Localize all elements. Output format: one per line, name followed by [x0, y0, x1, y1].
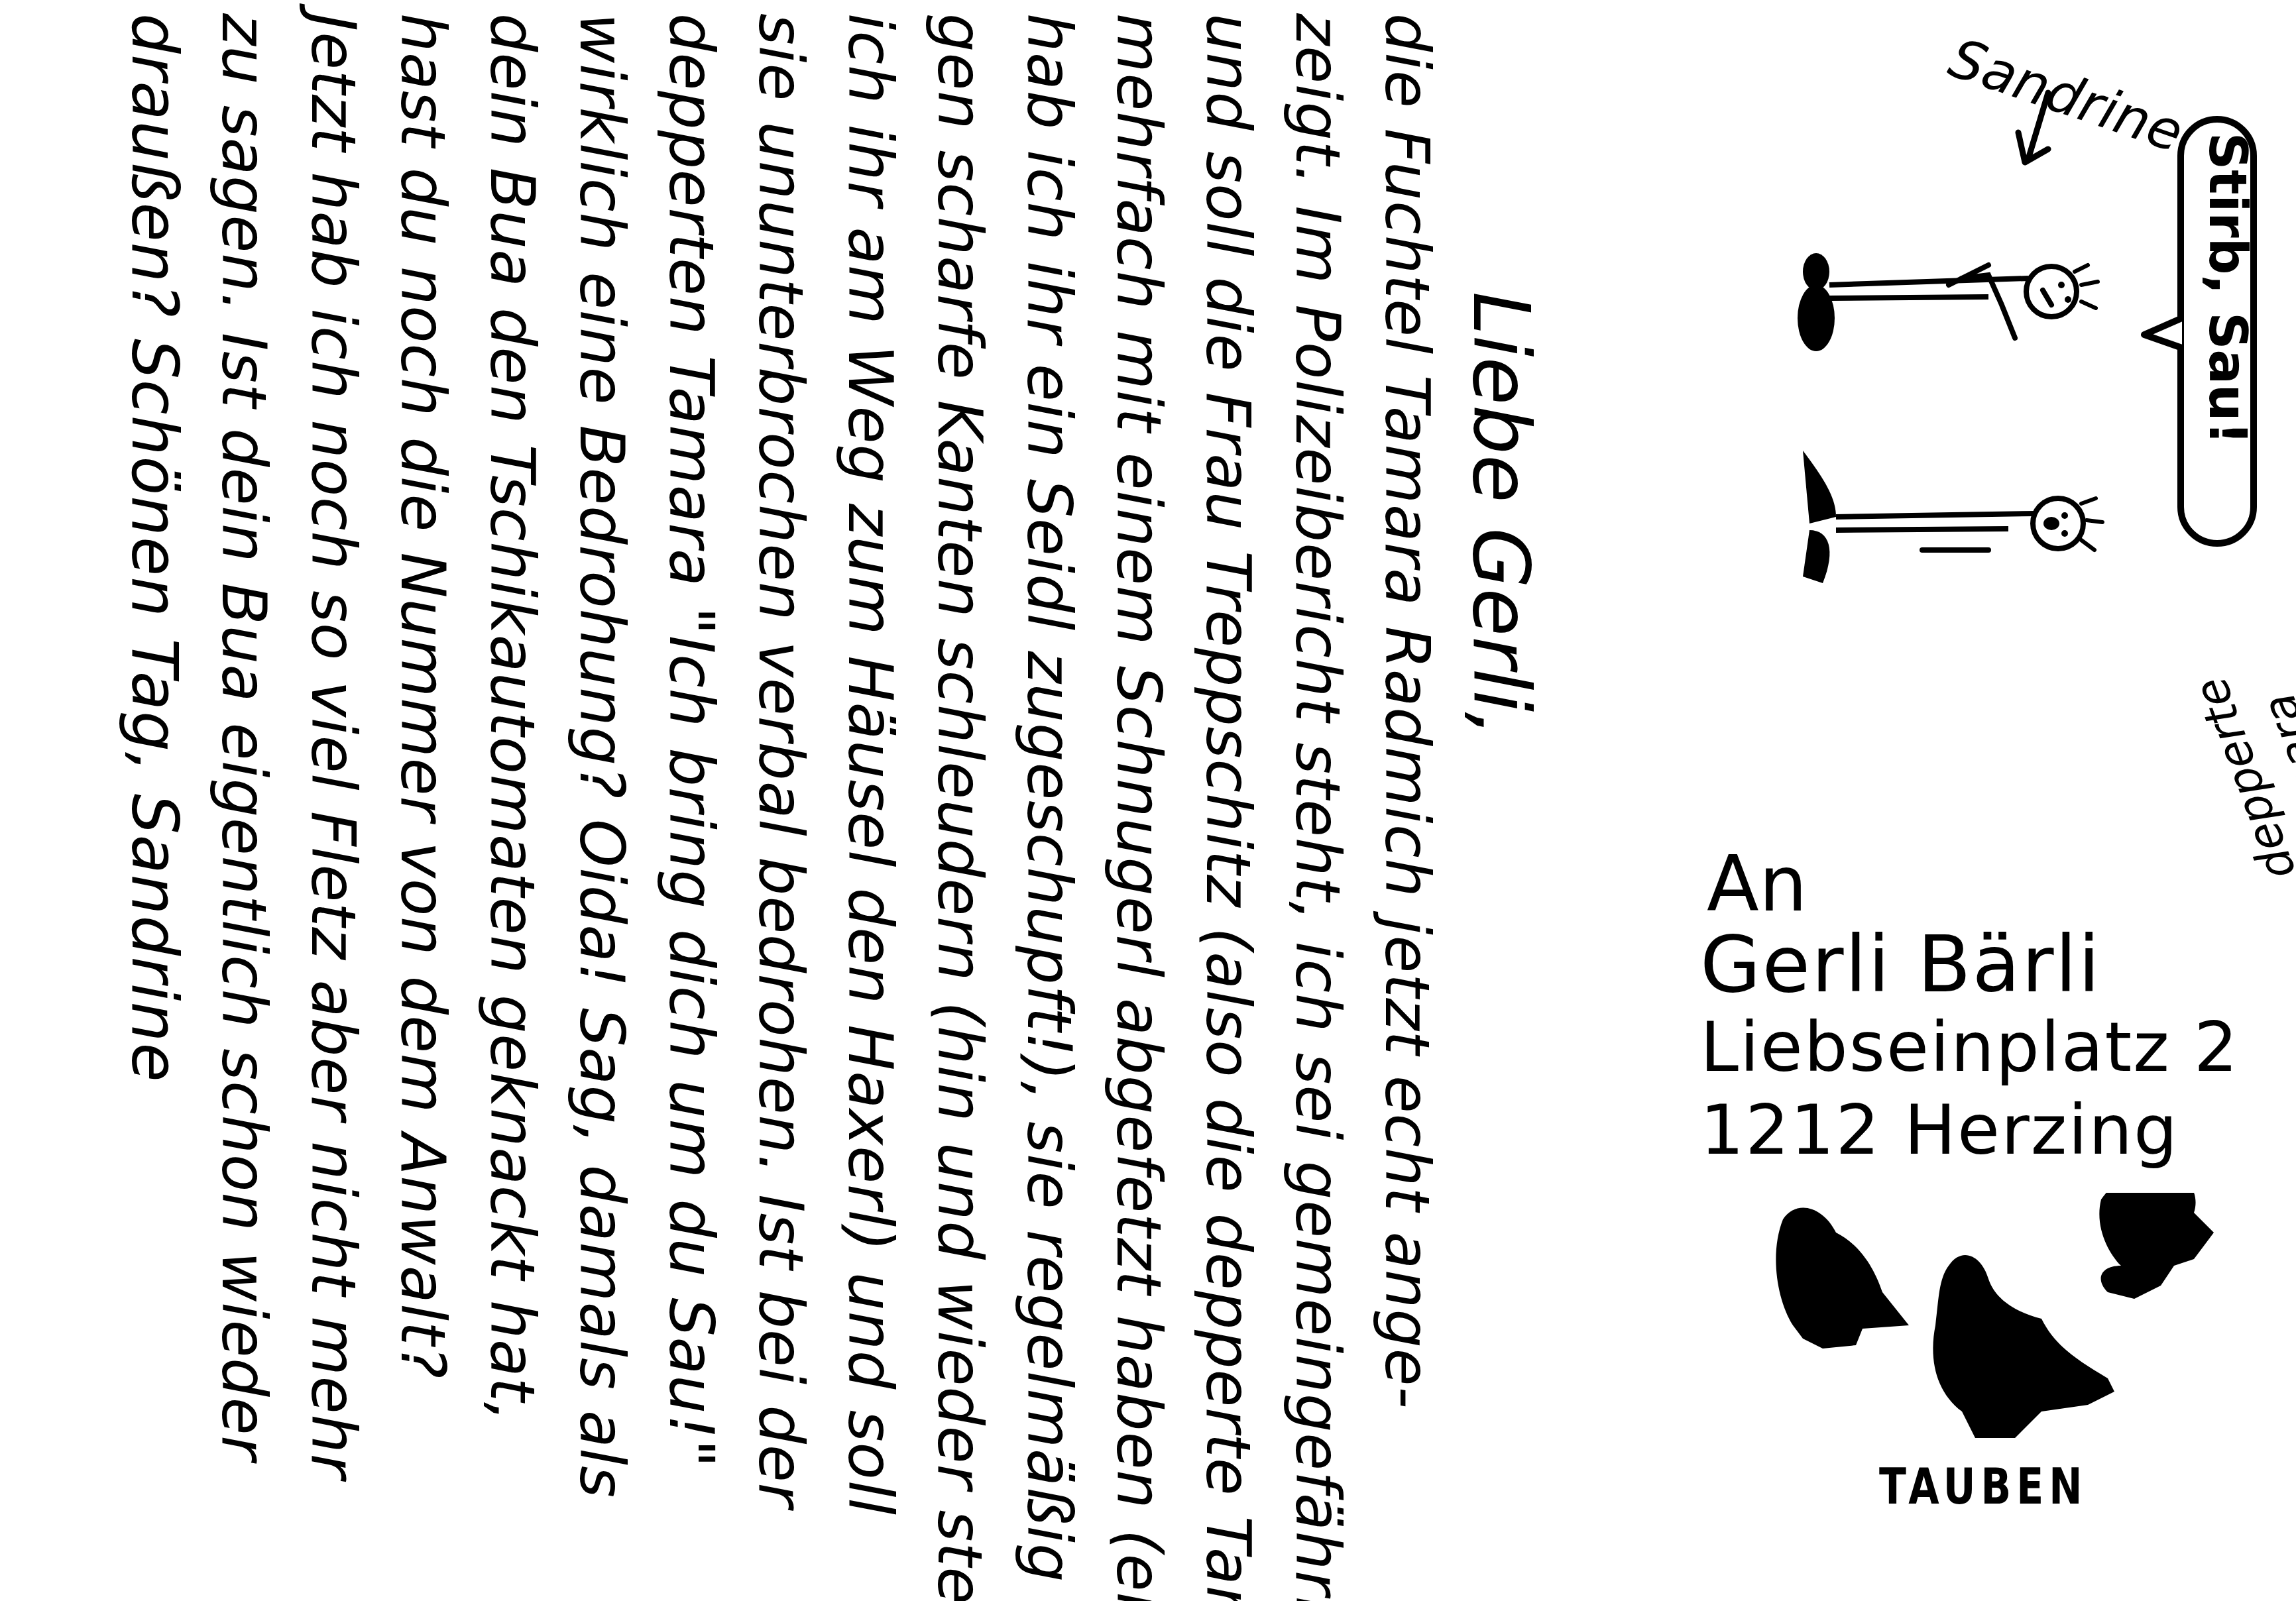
letter-line: Jetzt hab ich noch so viel Fletz aber ni…: [288, 13, 378, 1577]
stick-figures-illustration: [1790, 252, 2134, 623]
address-street: Liebseinplatz 2: [1700, 1007, 2239, 1087]
pigeons-illustration: [1763, 1193, 2227, 1458]
stick-figure-sandrine: [1798, 253, 2098, 351]
letter-line: mehrfach mit einem Schnugerl abgefetzt h…: [1094, 13, 1183, 1577]
letter-line: hast du noch die Nummer von dem Anwalt?: [378, 13, 467, 1577]
letter-greeting: Liebe Gerli,: [1452, 13, 1551, 1577]
letter-body: Liebe Gerli, die Fuchtel Tamara Radmich …: [27, 13, 1551, 1577]
sandrine-label: Sandrine: [1941, 27, 2191, 165]
letter-line: gen scharfe Kanten schleudern (hin und w…: [915, 13, 1004, 1577]
letter-line: zeigt. Im Polizeibericht steht, ich sei …: [1273, 13, 1362, 1577]
letter-line: die Fuchtel Tamara Radmich jetzt echt an…: [1362, 13, 1452, 1577]
speech-bubble-text: Stirb, Sau!: [2197, 133, 2257, 445]
letter-line: ich ihr am Weg zum Häusel den Haxerl) un…: [825, 13, 915, 1577]
speech-bubble-tail: [2141, 311, 2187, 358]
tamara-annotation: depperte Tamara (Gohrt Nase, die Gurke): [2179, 585, 2296, 888]
stamp-caption: TAUBEN: [1879, 1458, 2088, 1516]
pigeon-center: [1933, 1255, 2114, 1438]
address-city: 1212 Herzing: [1700, 1090, 2179, 1170]
address-label: An: [1707, 842, 1808, 928]
letter-line: sie ununterbrochen verbal bedrohen. Ist …: [736, 13, 825, 1577]
letter-line: depperten Tamara "Ich bring dich um du S…: [646, 13, 736, 1577]
letter-line: wirklich eine Bedrohung? Oida! Sag, dama…: [557, 13, 646, 1577]
address-name: Gerli Bärli: [1700, 924, 2101, 1004]
letter-line: dein Bua den Tschikautomaten geknackt ha…: [467, 13, 557, 1577]
pigeon-left: [1776, 1208, 1909, 1349]
letter-signoff: draußen? Schönen Tag, Sandrine: [109, 13, 199, 1577]
letter-rotated-content: Liebe Gerli, die Fuchtel Tamara Radmich …: [109, 13, 1551, 1577]
stick-figure-tamara: [1803, 451, 2102, 583]
arrow-down-icon: [2008, 86, 2061, 172]
pigeon-right: [2099, 1193, 2214, 1299]
letter-line: hab ich ihr ein Seidl zugeschupft!), sie…: [1004, 13, 1094, 1577]
letter-line: zu sagen. Ist dein Bua eigentlich schon …: [199, 13, 288, 1577]
letter-line: und soll die Frau Treppschitz (also die …: [1183, 13, 1273, 1577]
